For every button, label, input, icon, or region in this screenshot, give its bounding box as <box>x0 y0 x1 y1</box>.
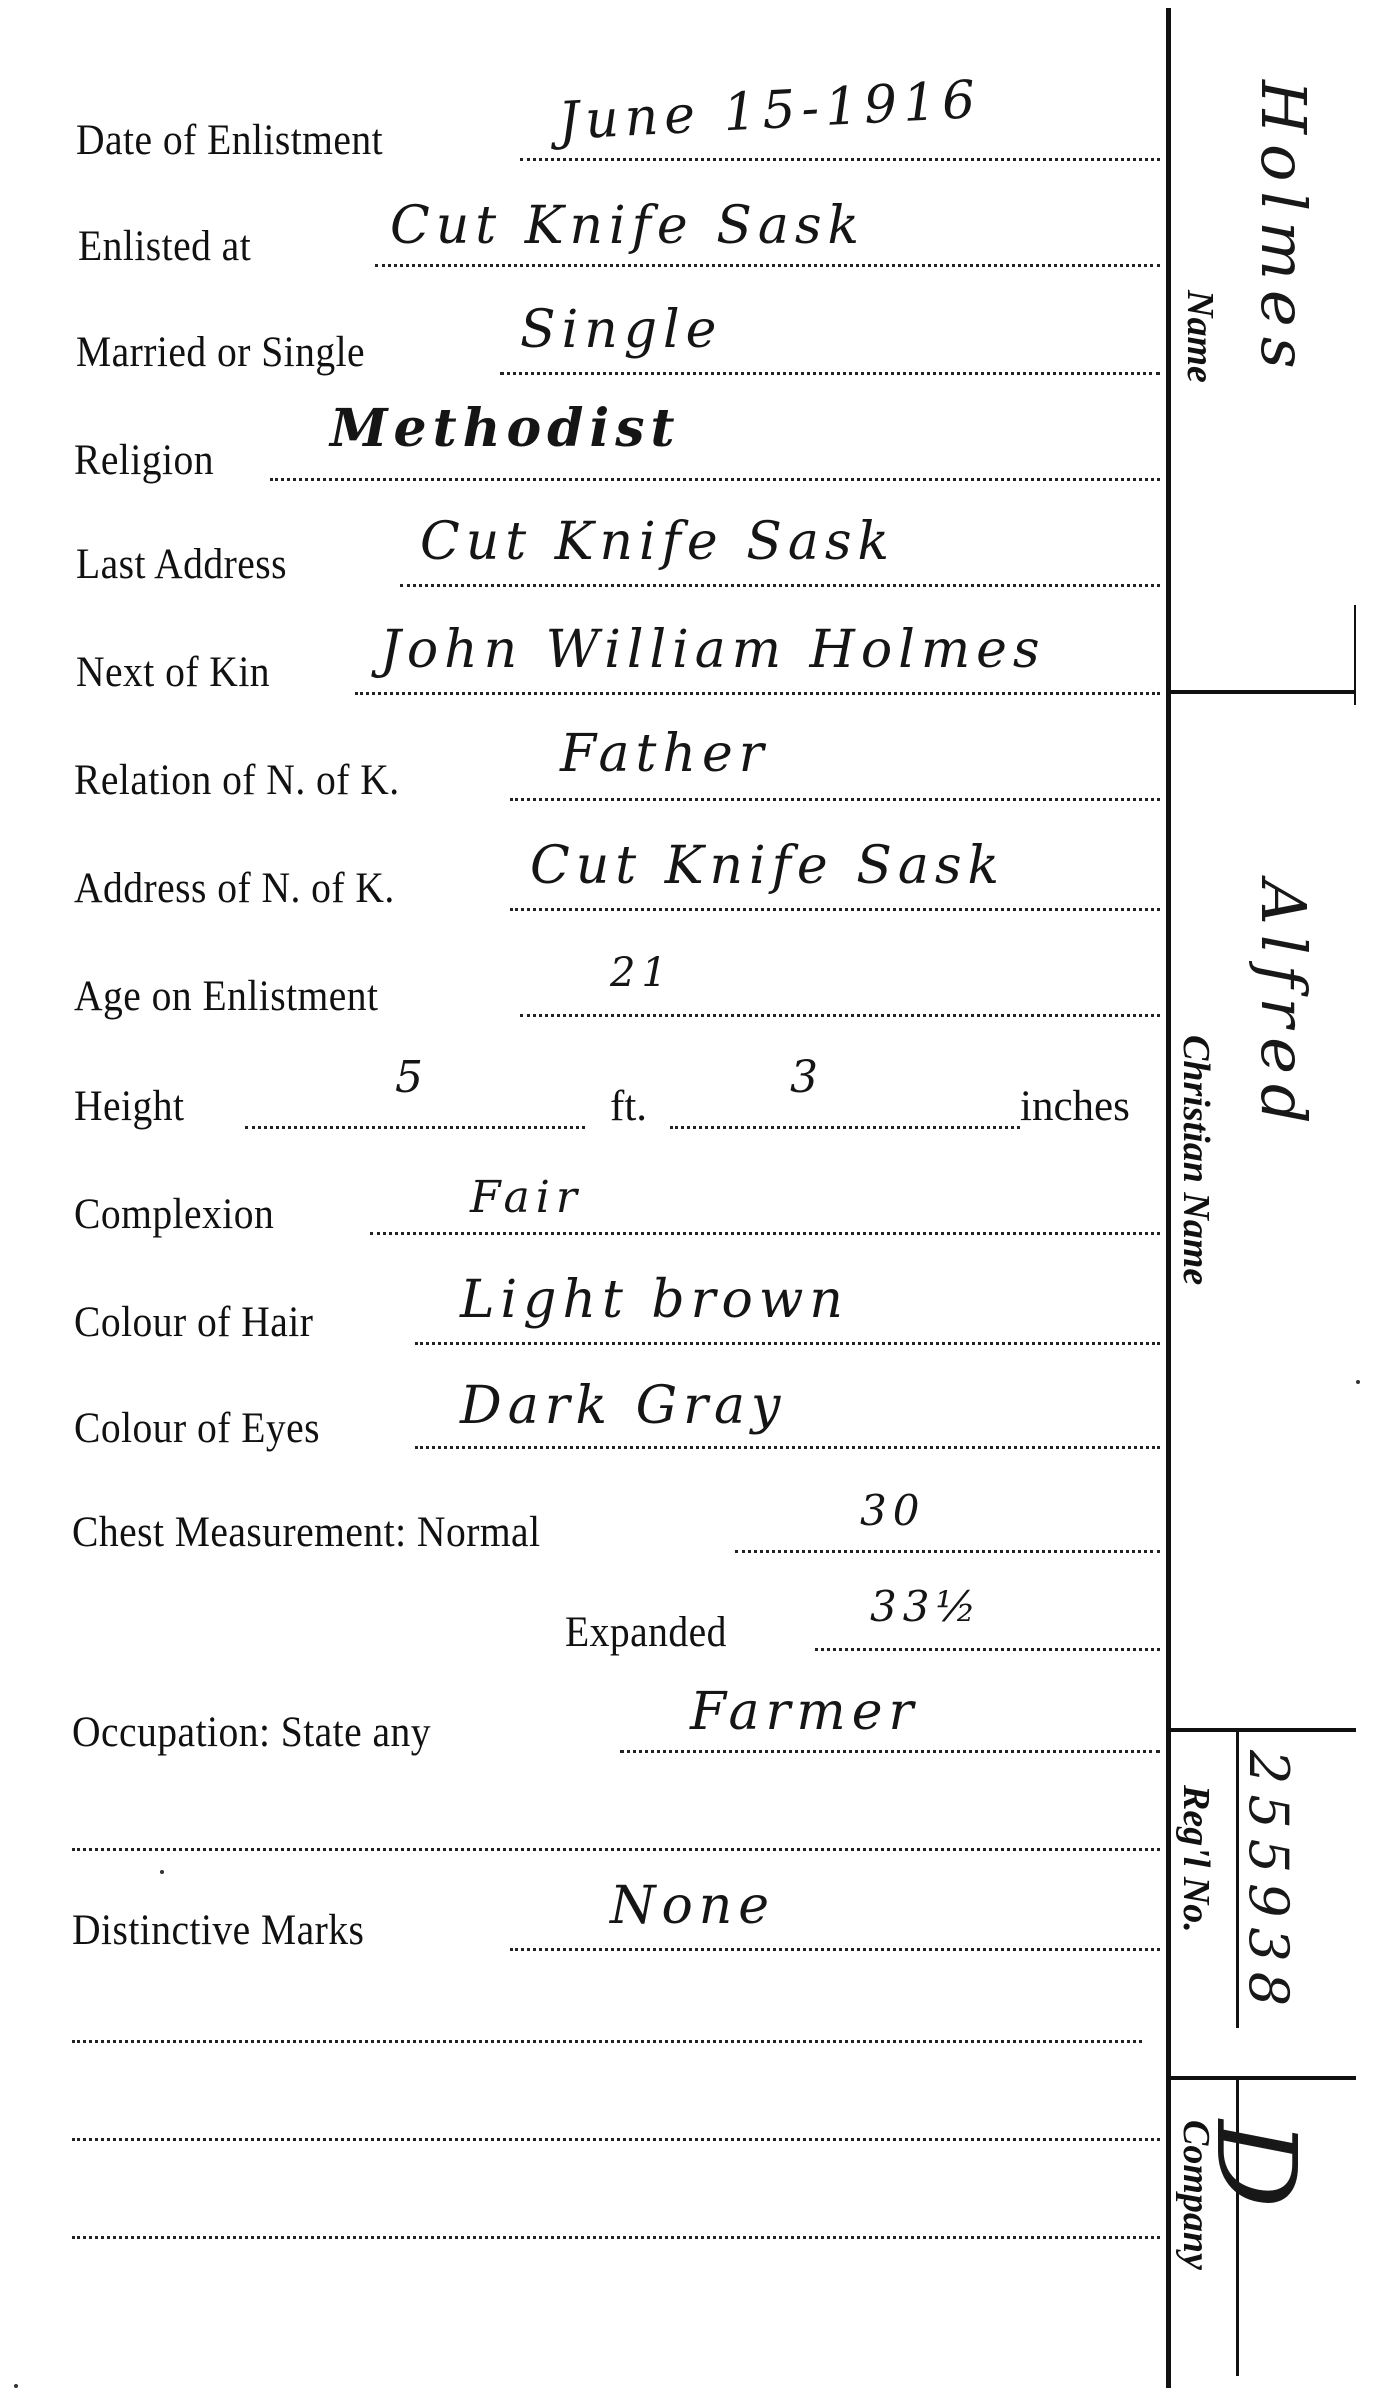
divider-name-right-tick <box>1354 605 1356 705</box>
line-address-nok <box>510 908 1160 911</box>
divider-regt-company <box>1168 2076 1356 2080</box>
label-colour-of-hair: Colour of Hair <box>74 1298 313 1347</box>
value-age[interactable]: 21 <box>610 950 673 996</box>
label-height-in-unit: inches <box>1020 1082 1130 1131</box>
line-marks-continued-3[interactable] <box>72 2236 1160 2239</box>
label-age: Age on Enlistment <box>74 972 378 1021</box>
line-height-in <box>670 1126 1020 1129</box>
label-name: Name <box>1178 290 1222 383</box>
label-date-of-enlistment: Date of Enlistment <box>76 116 383 165</box>
label-married-or-single: Married or Single <box>76 328 365 377</box>
line-marks-continued-1[interactable] <box>72 2040 1142 2043</box>
value-occupation[interactable]: Farmer <box>690 1682 919 1742</box>
scan-speck <box>160 1870 164 1874</box>
line-age <box>520 1014 1160 1017</box>
value-enlisted-at[interactable]: Cut Knife Sask <box>390 196 865 256</box>
line-colour-of-eyes <box>415 1446 1160 1449</box>
line-chest-expanded <box>815 1648 1160 1651</box>
value-relation-nok[interactable]: Father <box>560 724 770 784</box>
value-date-of-enlistment[interactable]: June 15-1916 <box>557 70 983 152</box>
line-distinctive-marks <box>510 1948 1160 1951</box>
value-chest-expanded[interactable]: 33½ <box>870 1582 982 1631</box>
line-enlisted-at <box>375 264 1160 267</box>
label-height: Height <box>74 1082 184 1131</box>
value-address-nok[interactable]: Cut Knife Sask <box>530 836 1005 896</box>
line-marks-continued-2[interactable] <box>72 2138 1160 2141</box>
label-christian-name: Christian Name <box>1174 1035 1218 1285</box>
value-christian-name[interactable]: Alfred <box>1247 880 1320 1134</box>
value-next-of-kin[interactable]: John William Holmes <box>380 620 1046 680</box>
line-colour-of-hair <box>415 1342 1160 1345</box>
value-height-in[interactable]: 3 <box>790 1052 824 1103</box>
value-height-ft[interactable]: 5 <box>395 1052 429 1103</box>
line-occupation <box>620 1750 1160 1753</box>
label-last-address: Last Address <box>76 540 287 589</box>
value-regt-no[interactable]: 255938 <box>1237 1750 1300 2016</box>
label-chest-expanded: Expanded <box>565 1608 727 1657</box>
label-chest-normal: Chest Measurement: Normal <box>72 1508 541 1557</box>
divider-main-vertical <box>1166 8 1171 2388</box>
line-last-address <box>400 584 1160 587</box>
line-complexion <box>370 1232 1160 1235</box>
line-date-of-enlistment <box>520 158 1160 161</box>
value-religion[interactable]: Methodist <box>330 398 681 459</box>
divider-name-christian <box>1168 690 1356 694</box>
label-relation-nok: Relation of N. of K. <box>74 756 400 805</box>
value-colour-of-hair[interactable]: Light brown <box>460 1270 849 1330</box>
line-occupation-continued[interactable] <box>72 1848 1160 1851</box>
value-last-address[interactable]: Cut Knife Sask <box>420 512 895 572</box>
line-married-or-single <box>500 372 1160 375</box>
line-relation-nok <box>510 798 1160 801</box>
label-regt-no: Reg'l No. <box>1174 1785 1218 1933</box>
value-company[interactable]: D <box>1192 2120 1320 2218</box>
scan-speck <box>14 2384 18 2388</box>
label-complexion: Complexion <box>74 1190 274 1239</box>
line-chest-normal <box>735 1550 1160 1553</box>
label-occupation: Occupation: State any <box>72 1708 431 1757</box>
label-next-of-kin: Next of Kin <box>76 648 270 697</box>
value-married-or-single[interactable]: Single <box>520 300 722 360</box>
divider-regt-top <box>1168 1728 1356 1732</box>
value-chest-normal[interactable]: 30 <box>860 1486 925 1535</box>
label-distinctive-marks: Distinctive Marks <box>72 1906 364 1955</box>
line-religion <box>270 478 1160 481</box>
label-religion: Religion <box>74 436 214 485</box>
value-name[interactable]: Holmes <box>1247 80 1320 379</box>
label-height-ft-unit: ft. <box>610 1082 647 1131</box>
label-address-nok: Address of N. of K. <box>74 864 395 913</box>
value-colour-of-eyes[interactable]: Dark Gray <box>460 1376 786 1436</box>
scan-speck <box>1356 1380 1360 1384</box>
label-enlisted-at: Enlisted at <box>78 222 251 271</box>
value-complexion[interactable]: Fair <box>470 1172 583 1223</box>
value-distinctive-marks[interactable]: None <box>610 1876 775 1936</box>
line-height-ft <box>245 1126 585 1129</box>
line-next-of-kin <box>355 692 1160 695</box>
label-colour-of-eyes: Colour of Eyes <box>74 1404 320 1453</box>
